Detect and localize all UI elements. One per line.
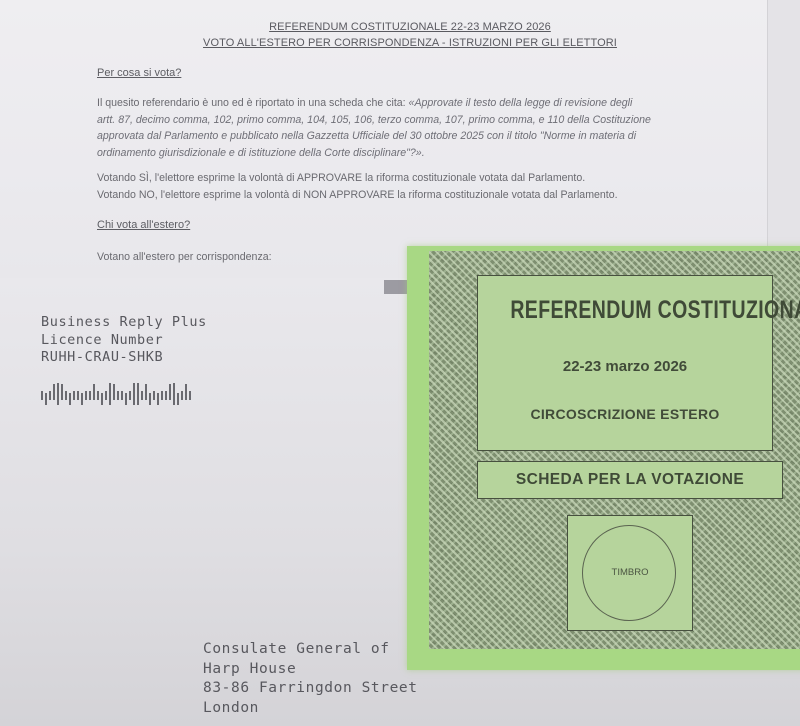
reply-line-2: Licence Number [41,332,207,350]
ballot-header-box: REFERENDUM COSTITUZIONALE 22-23 marzo 20… [477,275,773,451]
address-line-2: Harp House [203,660,418,680]
instructions-sheet: REFERENDUM COSTITUZIONALE 22-23 MARZO 20… [0,0,768,278]
question-text-3: approvata dal Parlamento e pubblicato ne… [97,130,636,142]
section-heading-what-vote: Per cosa si vota? [97,67,181,79]
ballot-constituency: CIRCOSCRIZIONE ESTERO [478,406,772,422]
stamp-label: TIMBRO [568,567,692,578]
postal-barcode-icon [41,383,191,405]
vote-yes-text: Votando SÌ, l'elettore esprime la volont… [97,170,727,187]
sheet-subtitle: VOTO ALL'ESTERO PER CORRISPONDENZA - IST… [0,37,800,49]
question-text-4: ordinamento giurisdizionale e di istituz… [97,147,425,159]
ballot-date: 22-23 marzo 2026 [478,358,772,375]
ballot-security-pattern: REFERENDUM COSTITUZIONALE 22-23 marzo 20… [429,251,800,649]
reply-line-1: Business Reply Plus [41,314,207,332]
ballot-card: REFERENDUM COSTITUZIONALE 22-23 marzo 20… [407,246,800,670]
vote-meaning: Votando SÌ, l'elettore esprime la volont… [97,170,727,203]
address-line-1: Consulate General of [203,640,418,660]
address-line-3: 83-86 Farringdon Street [203,679,418,699]
recipient-address: Consulate General of Harp House 83-86 Fa… [203,640,418,718]
business-reply-block: Business Reply Plus Licence Number RUHH-… [41,314,207,367]
question-intro: Il quesito referendario è uno ed è ripor… [97,97,409,109]
question-text-2: artt. 87, decimo comma, 102, primo comma… [97,114,651,126]
sheet-edge [768,0,800,250]
section-heading-who-votes: Chi vota all'estero? [97,219,190,231]
question-text-1: «Approvate il testo della legge di revis… [409,97,633,109]
sheet-title: REFERENDUM COSTITUZIONALE 22-23 MARZO 20… [0,21,800,33]
ballot-label-box: SCHEDA PER LA VOTAZIONE [477,461,783,499]
licence-number: RUHH-CRAU-SHKB [41,349,207,367]
grey-tab [384,280,408,294]
stamp-box: TIMBRO [567,515,693,631]
address-line-4: London [203,699,418,719]
question-paragraph: Il quesito referendario è uno ed è ripor… [97,95,727,161]
ballot-title: REFERENDUM COSTITUZIONALE [510,296,739,325]
ballot-label: SCHEDA PER LA VOTAZIONE [478,471,782,489]
vote-no-text: Votando NO, l'elettore esprime la volont… [97,187,727,204]
